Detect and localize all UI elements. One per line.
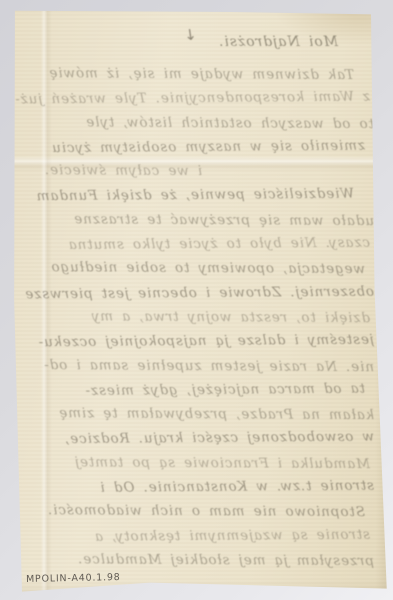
handwriting-line: Stopniowo nie mam o nich wiadomości. (16, 498, 365, 524)
handwriting-line: stronie t.zw. w Konstancinie. Od i (16, 474, 374, 501)
handwriting-line: ta od marca najciężej, gdyż miesz- (16, 376, 365, 403)
handwriting-line: w oswobodzonej części kraju. Rodzice, (16, 425, 374, 452)
scan-background: ↓ Moi Najdrożsi. Tak dziwnem wydaje mi s… (0, 0, 393, 600)
handwriting-line: wegetacja, opowiemy to sobie niedługo (16, 255, 365, 281)
salutation-line: Moi Najdrożsi. (16, 30, 338, 54)
handwriting-line: Wiedzieliście pewnie, że dzięki Fundam (16, 182, 354, 209)
letter-paper: ↓ Moi Najdrożsi. Tak dziwnem wydaje mi s… (0, 0, 393, 600)
handwriting-line: kałam na Pradze, przebywałam tę zimę (16, 401, 374, 427)
handwriting-line: obszerniej. Zdrowie i obecnie jest pierw… (16, 279, 374, 306)
handwriting-line: przesyłam ją mej słodkiej Mamdulce. (16, 547, 374, 573)
handwriting-line: Tak dziwnem wydaje mi się, iż mówię (16, 61, 354, 87)
handwriting-line: to od waszych ostatnich listów, tyle (16, 110, 374, 136)
handwriting-line: udało wam się przeżywać te straszne (16, 207, 374, 233)
handwriting-line: z Wami korespondencyjnie. Tyle wrażeń ju… (16, 85, 370, 112)
handwriting-line: stronie są wzajemnymi tęsknoty, a (16, 522, 370, 549)
handwriting-line: Mamdulka i Franciowie są po tamtej (16, 450, 370, 476)
handwriting-line: i we całym świecie. (16, 158, 370, 184)
handwriting-line: czasy. Nie było to życie tylko smutna (16, 231, 370, 258)
handwriting-line: nie. Na razie jestem zupełnie sama i od- (16, 352, 374, 378)
archive-reference-label: MPOLIN-A40.1.98 (26, 572, 121, 585)
handwriting-line: jesteśmy i dalsze ją najspokojniej oczek… (16, 328, 374, 355)
handwriting-line: dzięki to, reszta wojny trwa, a my (16, 304, 370, 330)
handwriting-line: zmieniło się w naszym osobistym życiu (16, 134, 365, 161)
handwriting-block: Moi Najdrożsi. Tak dziwnem wydaje mi się… (16, 30, 374, 572)
